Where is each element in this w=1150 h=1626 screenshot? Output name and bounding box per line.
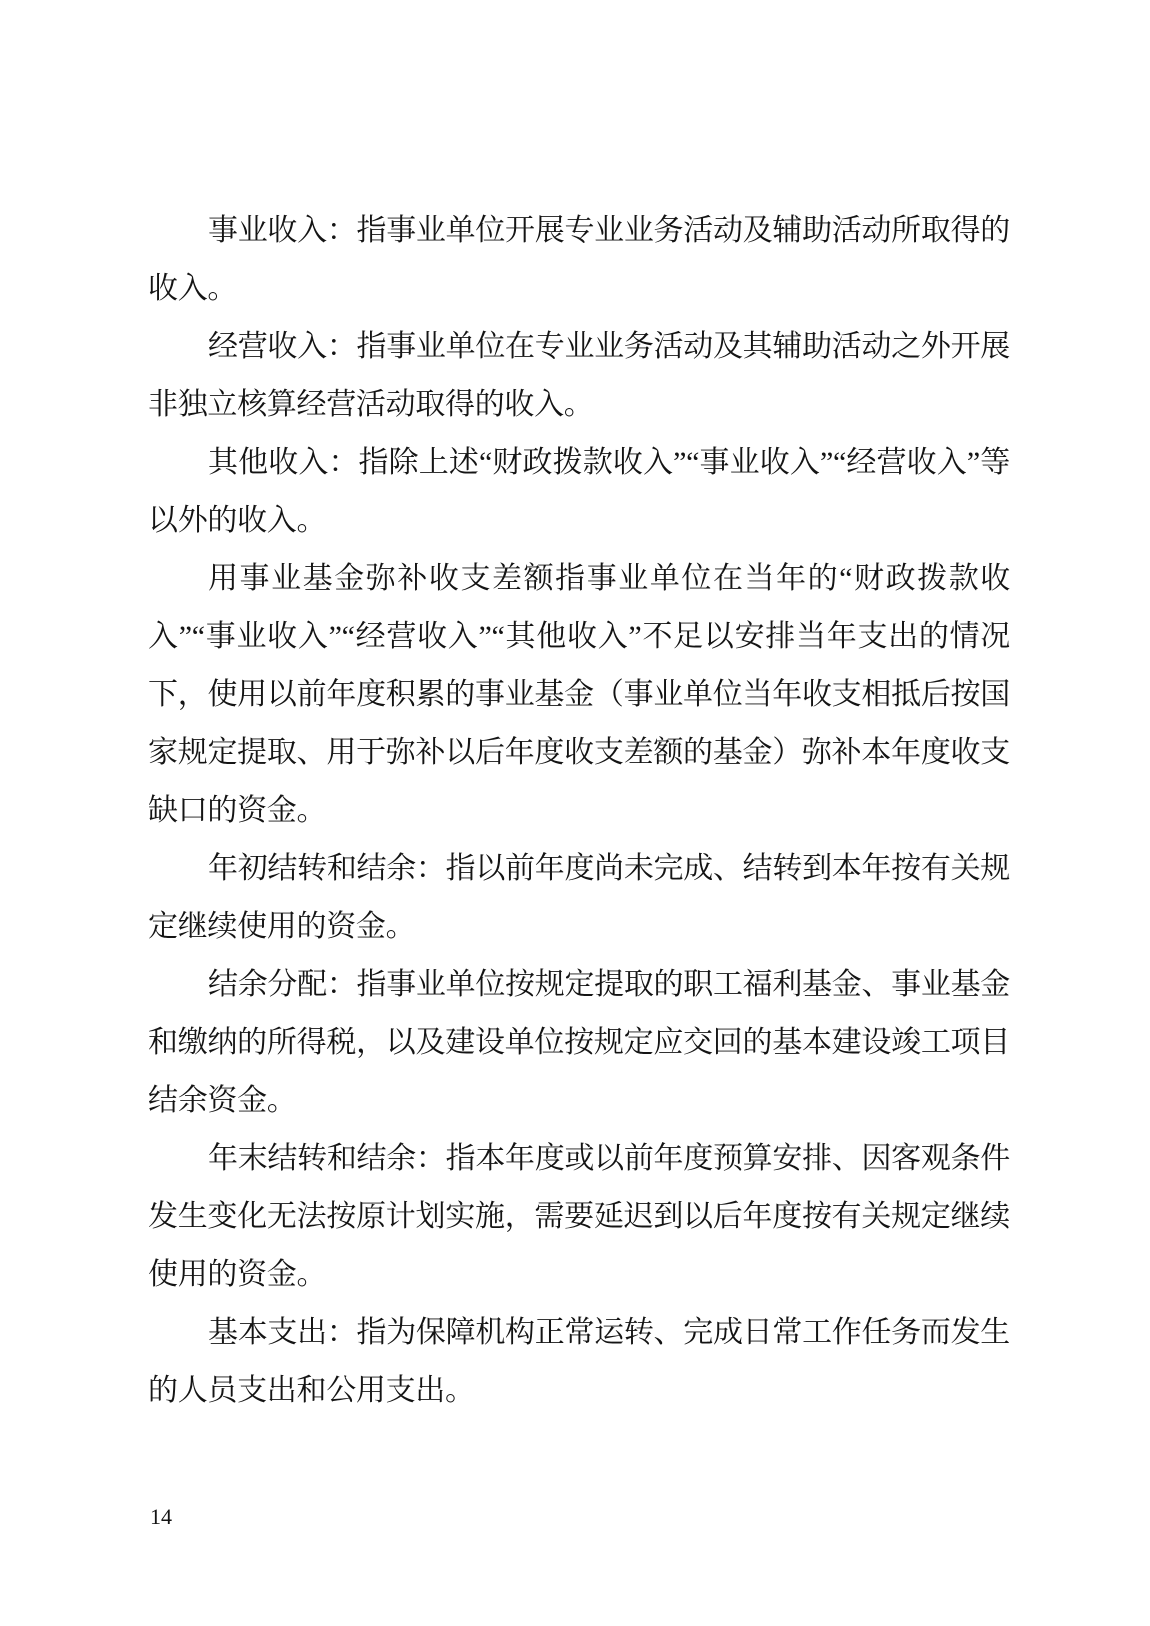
document-page: 事业收入：指事业单位开展专业业务活动及辅助活动所取得的收入。 经营收入：指事业单… [0, 0, 1150, 1626]
paragraph-jiben-zhichu: 基本支出：指为保障机构正常运转、完成日常工作任务而发生的人员支出和公用支出。 [148, 1304, 1010, 1420]
page-number: 14 [150, 1503, 172, 1531]
paragraph-qita-shouru: 其他收入：指除上述“财政拨款收入”“事业收入”“经营收入”等以外的收入。 [148, 434, 1010, 550]
document-body: 事业收入：指事业单位开展专业业务活动及辅助活动所取得的收入。 经营收入：指事业单… [148, 202, 1010, 1420]
paragraph-jingying-shouru: 经营收入：指事业单位在专业业务活动及其辅助活动之外开展非独立核算经营活动取得的收… [148, 318, 1010, 434]
paragraph-shiye-shouru: 事业收入：指事业单位开展专业业务活动及辅助活动所取得的收入。 [148, 202, 1010, 318]
paragraph-nianchu-jiezhuan: 年初结转和结余：指以前年度尚未完成、结转到本年按有关规定继续使用的资金。 [148, 840, 1010, 956]
paragraph-nianmo-jiezhuan: 年末结转和结余：指本年度或以前年度预算安排、因客观条件发生变化无法按原计划实施，… [148, 1130, 1010, 1304]
paragraph-shiye-jijin: 用事业基金弥补收支差额指事业单位在当年的“财政拨款收入”“事业收入”“经营收入”… [148, 550, 1010, 840]
paragraph-jieyu-fenpei: 结余分配：指事业单位按规定提取的职工福利基金、事业基金和缴纳的所得税，以及建设单… [148, 956, 1010, 1130]
